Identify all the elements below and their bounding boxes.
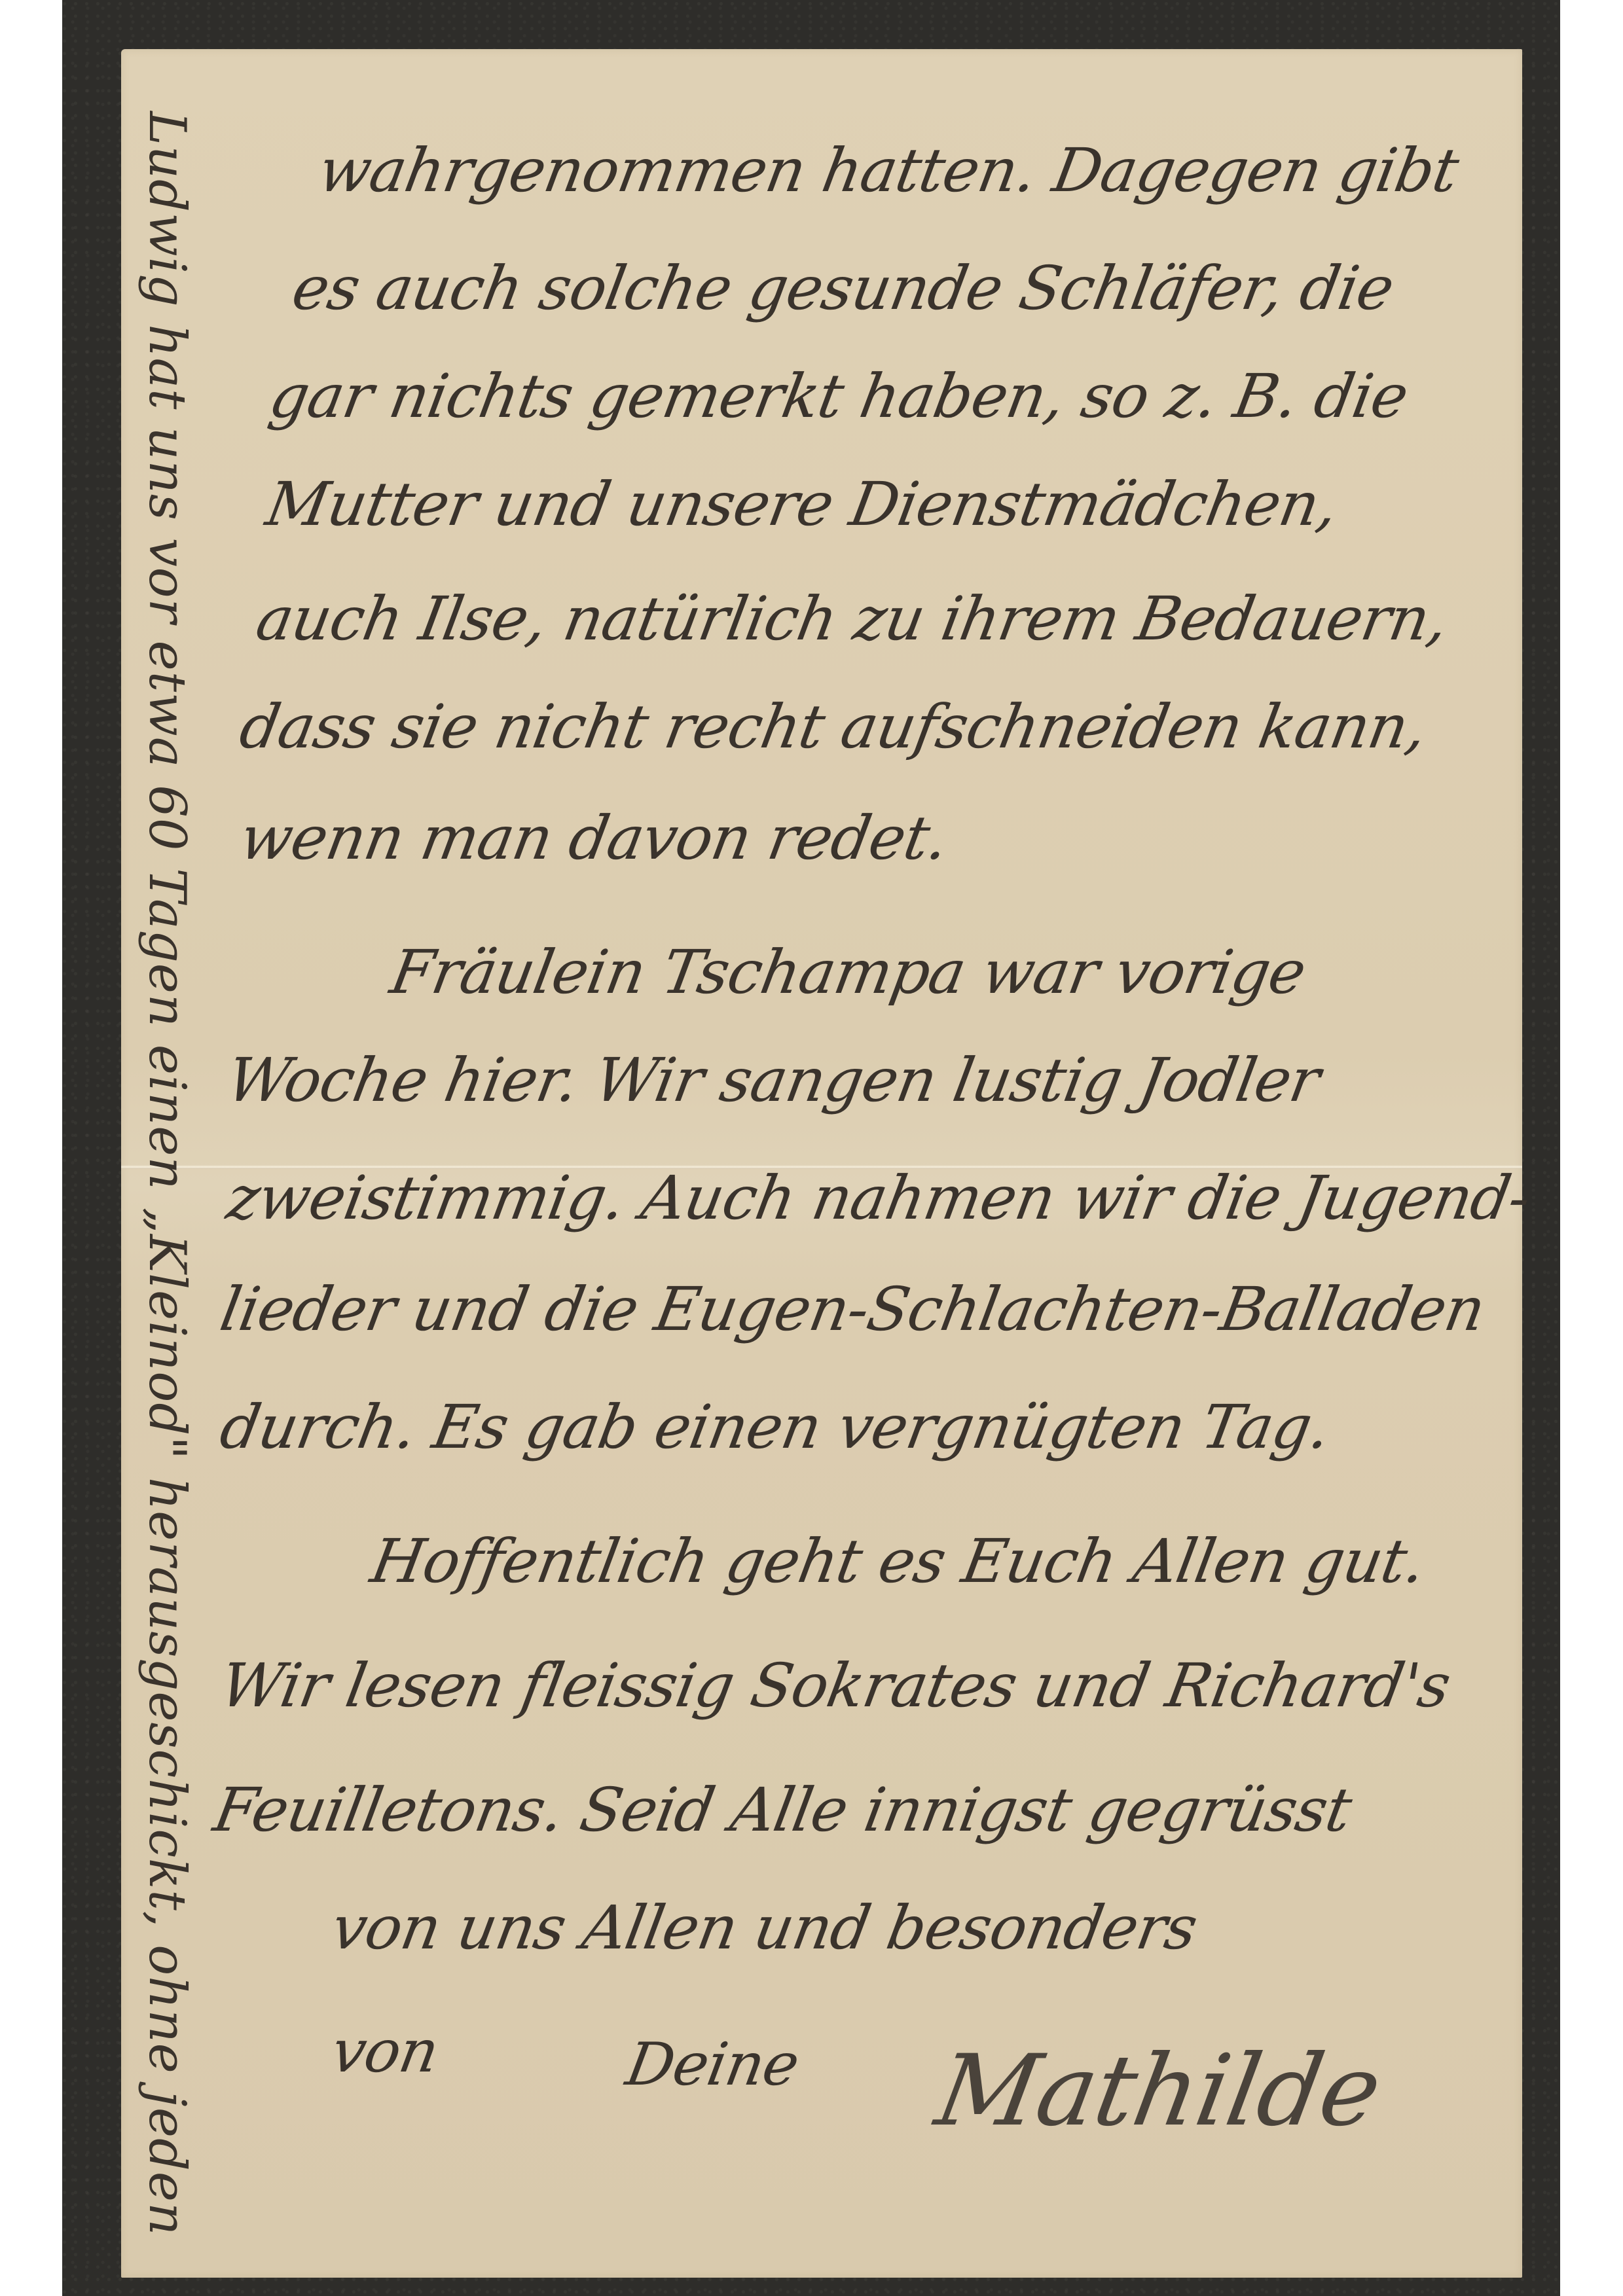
body-line-4: Mutter und unsere Dienstmädchen, <box>262 475 1342 535</box>
body-line-11: lieder und die Eugen-Schlachten-Balladen <box>216 1280 1489 1340</box>
body-line-13: Hoffentlich geht es Euch Allen gut. <box>367 1532 1429 1592</box>
body-line-8: Fräulein Tschampa war vorige <box>386 942 1310 1003</box>
body-line-7: wenn man davon redet. <box>236 808 952 869</box>
body-line-16: von uns Allen und besonders <box>327 1898 1201 1958</box>
body-line-15: Feuilletons. Seid Alle innigst gegrüsst <box>210 1780 1355 1840</box>
body-line-10: zweistimmig. Auch nahmen wir die Jugend- <box>223 1168 1535 1229</box>
signature: Mathilde <box>930 2042 1387 2140</box>
body-line-1: wahrgenommen hatten. Dagegen gibt <box>314 141 1463 201</box>
closing-yours: Deine <box>622 2036 803 2094</box>
closing-from: von <box>327 2022 443 2081</box>
margin-note-vertical: Ludwig hat uns vor etwa 60 Tagen einen „… <box>137 111 196 2258</box>
body-line-14: Wir lesen fleissig Sokrates und Richard'… <box>216 1656 1454 1716</box>
body-line-6: dass sie nicht recht aufschneiden kann, <box>236 697 1431 757</box>
body-line-2: es auch solche gesunde Schläfer, die <box>288 259 1398 319</box>
body-line-9: Woche hier. Wir sangen lustig Jodler <box>223 1050 1324 1111</box>
body-line-5: auch Ilse, natürlich zu ihrem Bedauern, <box>252 589 1452 649</box>
body-line-12: durch. Es gab einen vergnügten Tag. <box>216 1397 1334 1458</box>
body-line-3: gar nichts gemerkt haben, so z. B. die <box>265 367 1412 427</box>
